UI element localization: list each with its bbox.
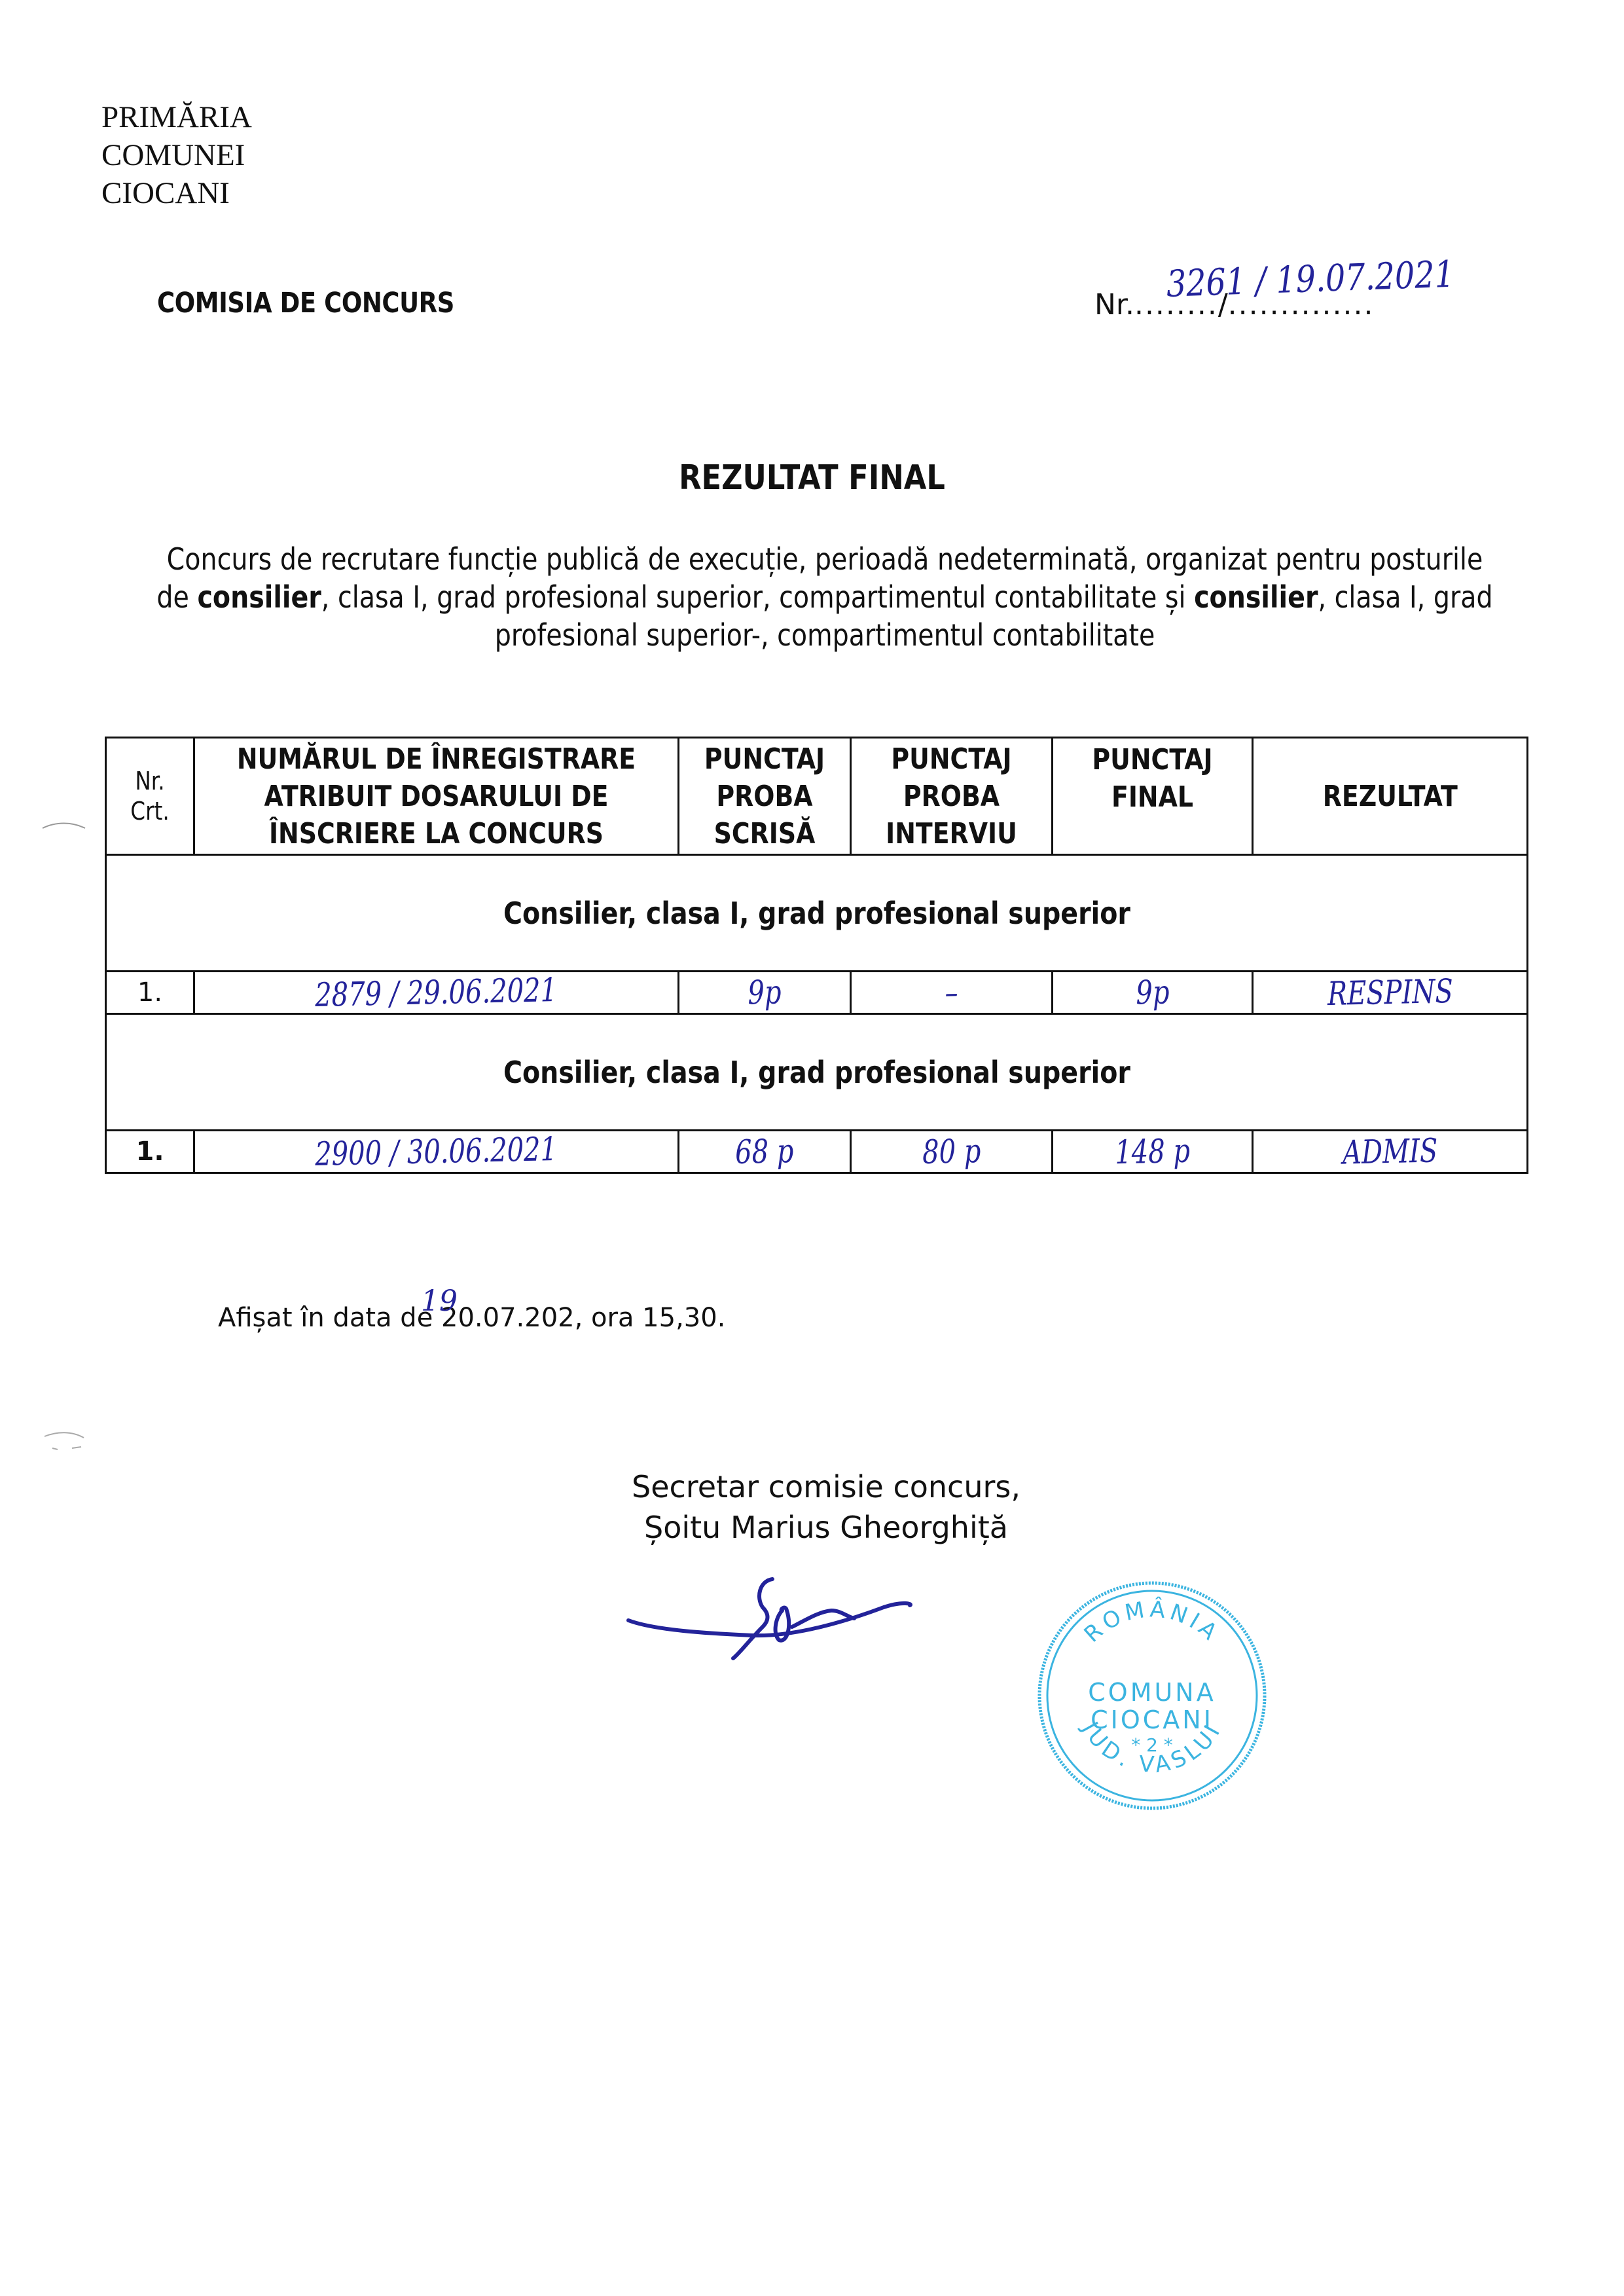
table-row: 1. 2900 / 30.06.2021 68 p 80 p 148 p ADM… [106,1131,1528,1173]
cell-registration: 2900 / 30.06.2021 [194,1131,679,1173]
posted-handwritten-correction: 19 [421,1285,458,1318]
cell-interview-score: 80 p [851,1131,1053,1173]
organization-header: PRIMĂRIA COMUNEI CIOCANI [101,98,252,212]
section-title: Consilier, clasa I, grad profesional sup… [106,855,1528,972]
punch-hole-mark-icon [39,815,92,841]
header-final-score: PUNCTAJ FINAL [1053,738,1253,855]
cell-nr: 1. [106,972,194,1014]
organization-line-2: COMUNEI [101,136,252,174]
section-row: Consilier, clasa I, grad profesional sup… [106,1014,1528,1131]
stamp-line-2: CIOCANI [1091,1705,1214,1734]
signatory-role: Secretar comisie concurs, [632,1467,1020,1507]
header-written-score: PUNCTAJ PROBA SCRISĂ [679,738,851,855]
table-header-row: Nr. Crt. NUMĂRUL DE ÎNREGISTRARE ATRIBUI… [106,738,1528,855]
header-interview-score: PUNCTAJ PROBA INTERVIU [851,738,1053,855]
posted-printed-date: 20.07.202 [441,1303,575,1333]
cell-interview-score: – [851,972,1053,1014]
organization-line-1: PRIMĂRIA [101,98,252,136]
posted-date: Afișat în data de 20.07.202, ora 15,30. … [218,1303,725,1333]
page-title: REZULTAT FINAL [0,458,1624,498]
registration-label: Nr. [1094,288,1134,321]
cell-registration: 2879 / 29.06.2021 [194,972,679,1014]
commission-label: COMISIA DE CONCURS [157,287,454,319]
header-registration-number: NUMĂRUL DE ÎNREGISTRARE ATRIBUIT DOSARUL… [194,738,679,855]
official-stamp-icon: ROMÂNIA COMUNA CIOCANI * 2 * JUD. VASLUI [1028,1571,1276,1820]
cell-written-score: 9p [679,972,851,1014]
signatory-block: Secretar comisie concurs, Șoitu Marius G… [632,1467,1020,1548]
contest-description: Concurs de recrutare funcție publică de … [144,540,1506,654]
cell-nr: 1. [106,1131,194,1173]
header-nr-crt: Nr. Crt. [106,738,194,855]
stamp-line-1: COMUNA [1088,1678,1216,1707]
cell-final-score: 148 p [1053,1131,1253,1173]
registration-number: Nr........./.............. 3261 / 19.07.… [1094,288,1374,321]
section-title: Consilier, clasa I, grad profesional sup… [106,1014,1528,1131]
signature-icon [615,1565,916,1676]
cell-written-score: 68 p [679,1131,851,1173]
cell-result: ADMIS [1253,1131,1528,1173]
table-row: 1. 2879 / 29.06.2021 9p – 9p RESPINS [106,972,1528,1014]
cell-final-score: 9p [1053,972,1253,1014]
registration-handwritten: 3261 / 19.07.2021 [1166,253,1455,306]
signatory-name: Șoitu Marius Gheorghiță [632,1507,1020,1548]
punch-hole-mark-icon [39,1427,92,1453]
header-result: REZULTAT [1253,738,1528,855]
results-table: Nr. Crt. NUMĂRUL DE ÎNREGISTRARE ATRIBUI… [105,737,1528,1174]
organization-line-3: CIOCANI [101,174,252,212]
cell-result: RESPINS [1253,972,1528,1014]
section-row: Consilier, clasa I, grad profesional sup… [106,855,1528,972]
